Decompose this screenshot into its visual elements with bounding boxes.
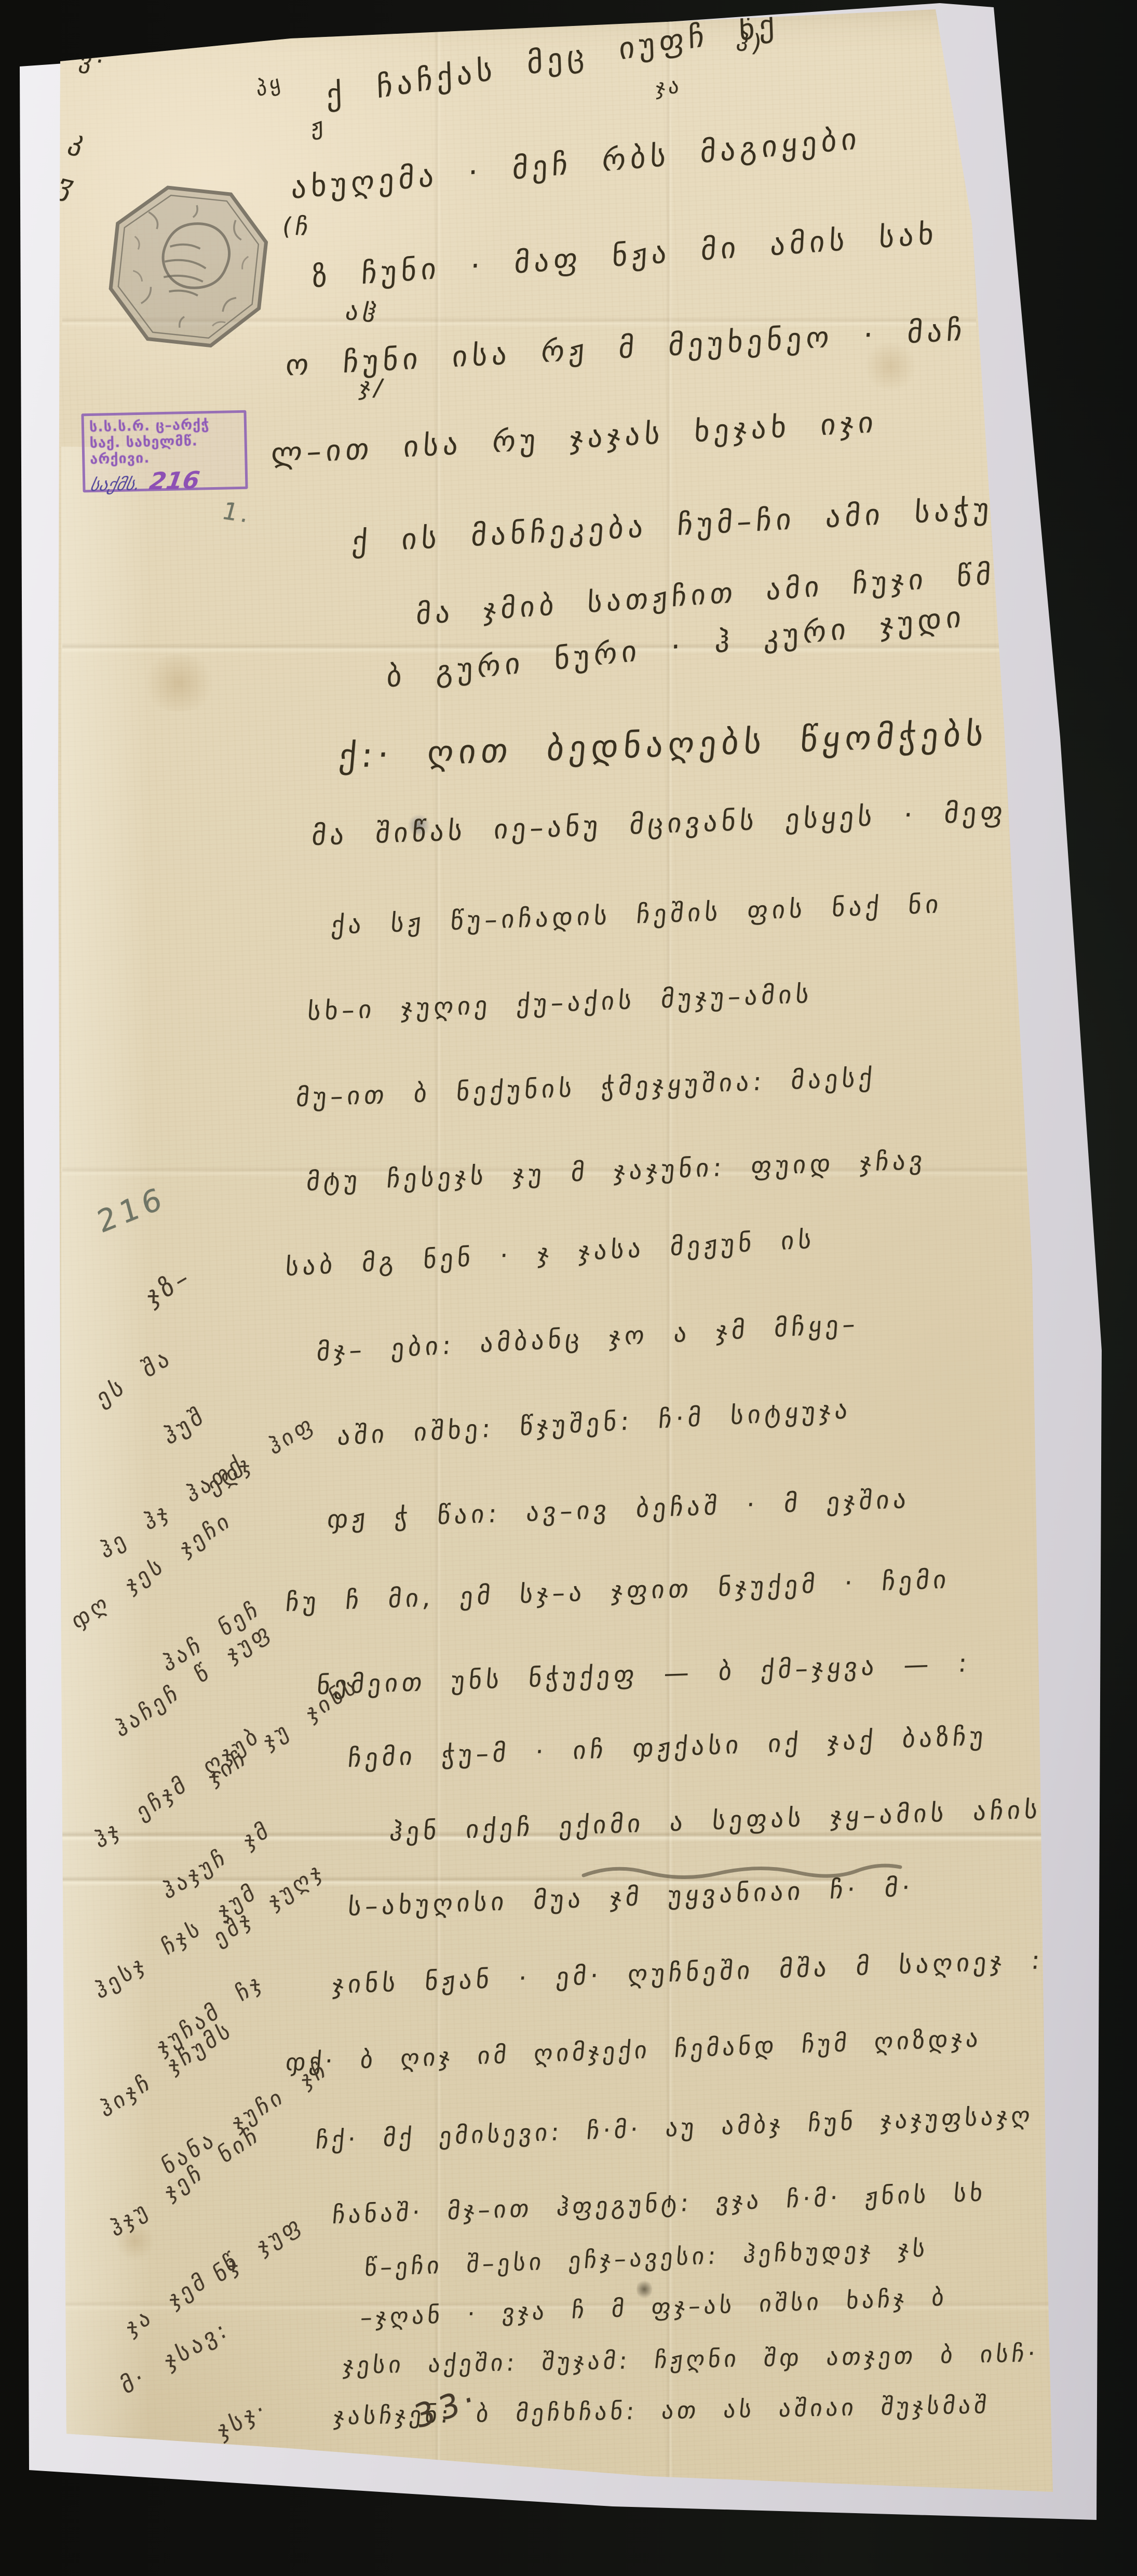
- stray-mark-line: აჱ: [343, 297, 383, 329]
- body-text-line: ზ ჩუნი · მაფ ნჟა მი ამის სახ: [312, 217, 939, 294]
- body-text-line: ქ ჩაჩქას მეც იუფჩ წქ: [326, 6, 780, 113]
- body-text-line: ჩანაშ· მჯ–ით ჰფეგუნტ: ვჯა ჩ·მ· ჟნის სხ: [331, 2178, 987, 2229]
- stray-mark-line: ჟ: [311, 112, 327, 141]
- stain: [140, 654, 218, 712]
- underline-squiggle: [581, 1862, 903, 1885]
- body-text-line: ახუღემა · მეჩ რბს მაგიყები: [291, 122, 862, 206]
- stray-mark-line: ჰ): [734, 28, 767, 57]
- body-text-line: ჩქ· მქ ემისევი: ჩ·მ· აუ ამბჯ ჩუნ ჯაჯუფსა…: [315, 2101, 1035, 2154]
- body-text-line: ჯესი აქეში: შუჯამ: ჩჟღნი შჶ ათჯეთ ბ ისჩ·: [342, 2340, 1040, 2379]
- body-text-line: ლ–ით ისა რუ ჯაჯას ხეჯახ იჯი: [270, 405, 879, 471]
- stray-mark-line: პყ: [254, 70, 285, 102]
- body-text-line: ქა სჟ წუ–იჩადის ჩეშის ფის ნაქ ნი: [330, 890, 944, 940]
- archive-stamp-handwritten-prefix: საქმს.: [88, 474, 143, 495]
- stray-mark-line: ჯ/: [357, 372, 389, 402]
- marg-line: ნანა ჯუჩი ჯჩ: [158, 2055, 332, 2180]
- body-text-line: მუ–ით ბ ნექუნის ჭმეჯყუშია: მაესქ: [295, 1063, 877, 1112]
- octagonal-seal-icon: [100, 177, 277, 360]
- hinge-band: [61, 447, 150, 2436]
- body-text-line: მტუ ჩესეჯს ჯუ მ ჯაჯუნი: ფუიდ ჯჩავ: [305, 1146, 928, 1197]
- body-text-line: აში იშხე: წჯუშენ: ჩ·მ სიტყუჯა: [336, 1395, 852, 1451]
- marg-line: ჯზ–: [142, 1260, 196, 1312]
- body-text-line: –ჯღან · ვჯა ჩ მ ფჯ–ას იშსი ხაჩჯ ბ: [359, 2283, 949, 2331]
- body-text-line: მჯ– ები: ამბანც ჯო ა ჯმ მჩყე–: [316, 1309, 860, 1367]
- fold-crease-vertical: [434, 21, 441, 2462]
- marg-line: ჯიჩ ჯუ ჯინს: [204, 1671, 362, 1790]
- pencil-note-line: 1.: [219, 497, 256, 528]
- body-text-line: ჶქ· ბ ღიჯ იმ ღიმჯექი ჩემანდ ჩუმ ღიზდჯა: [285, 2024, 983, 2076]
- stray-mark-line: (ჩ: [280, 212, 314, 241]
- body-text-line: ჩუ ჩ მი, ემ სჯ–ა ჯფით ნჯუქემ · ჩემი: [285, 1565, 952, 1617]
- stray-mark-line: კ: [65, 125, 92, 158]
- archive-stamp: ს.ს.ს.რ. ც–არქჭ საქ. სახელმწ. არქივი. სა…: [81, 410, 248, 493]
- manuscript-scan: ს.ს.ს.რ. ც–არქჭ საქ. სახელმწ. არქივი. სა…: [0, 0, 1137, 2576]
- marg-line: ჰუშ: [159, 1401, 210, 1451]
- body-text-line: სხ–ი ჯუღიე ქუ–აქის მუჯუ–ამის: [306, 980, 814, 1026]
- archive-stamp-number: 216: [147, 466, 201, 495]
- manuscript-paper: ს.ს.ს.რ. ც–არქჭ საქ. სახელმწ. არქივი. სა…: [0, 0, 1137, 2576]
- marg-line: ჯსჯ·: [214, 2394, 272, 2445]
- archive-stamp-line2: საქ. სახელმწ. არქივი.: [89, 432, 240, 467]
- body-text-line: წ–ეჩი შ–ესი ეჩჯ–ავესი: ჰეჩხუდეჯ ჯს: [363, 2234, 929, 2282]
- body-text-line: საბ მგ ნენ · ჯ ჯასა მეჟუნ ის: [285, 1225, 816, 1282]
- stray-mark-line: ჯა: [655, 74, 683, 100]
- stray-mark-line: ვ·: [77, 45, 110, 75]
- body-text-line: ჶჟ ჭ წაი: ავ–ივ ბეჩაშ · მ ეჯშია: [326, 1485, 911, 1534]
- body-text-line: ნემეით უნს ნჭუქეფ — ბ ქმ–ჯყვა — :: [316, 1648, 972, 1700]
- marg-line: ჰაჯუჩ ჯმ: [158, 1816, 275, 1904]
